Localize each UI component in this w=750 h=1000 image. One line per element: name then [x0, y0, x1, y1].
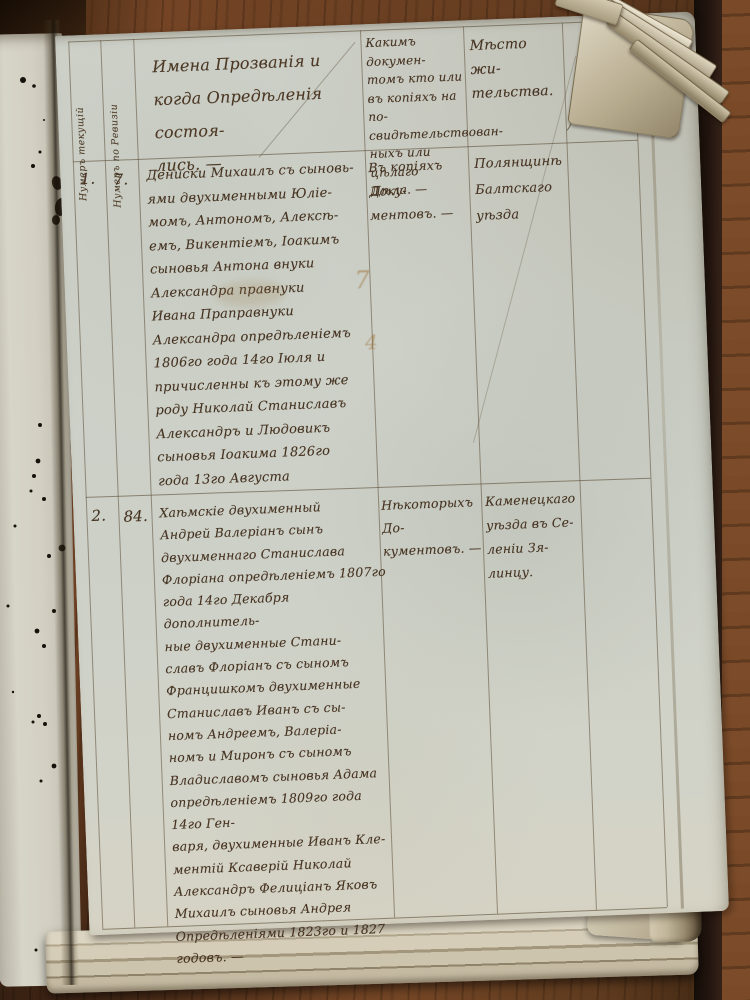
row-number: 2.: [91, 504, 107, 528]
header-residence-column: Мѣсто жи- тельства.: [469, 31, 564, 106]
row-residence-text: Полянщинѣ Балтскаго уѣзда: [474, 148, 569, 229]
vertical-fold-crease: [647, 17, 684, 908]
ghost-mark-7: 7: [354, 266, 370, 295]
row-documents-text: Въ копіяхъ Доку- ментовъ. —: [368, 152, 473, 228]
row-revision-number: 7.: [113, 168, 129, 192]
row-revision-number: 84.: [123, 505, 148, 529]
table-rule: [562, 22, 597, 909]
row-number: 1.: [80, 168, 96, 192]
row-names-text: Дениски Михаилъ съ сыновь- ями двухименн…: [146, 156, 380, 493]
row-documents-text: Нѣкоторыхъ До- кументовъ. —: [381, 490, 486, 563]
main-manuscript-page: Нумеръ текущій Нумеръ по Ревизіи Имена П…: [55, 11, 729, 935]
ghost-mark-4: 4: [365, 330, 379, 354]
photo-of-archival-ledger: Нумеръ текущій Нумеръ по Ревизіи Имена П…: [0, 0, 750, 1000]
row-residence-text: Каменецкаго уѣзда въ Се- леніи Зя- линцу…: [485, 486, 583, 586]
row-names-text: Хаѣмскіе двухименный Андрей Валеріанъ сы…: [159, 494, 402, 971]
table-rule: [633, 20, 668, 907]
